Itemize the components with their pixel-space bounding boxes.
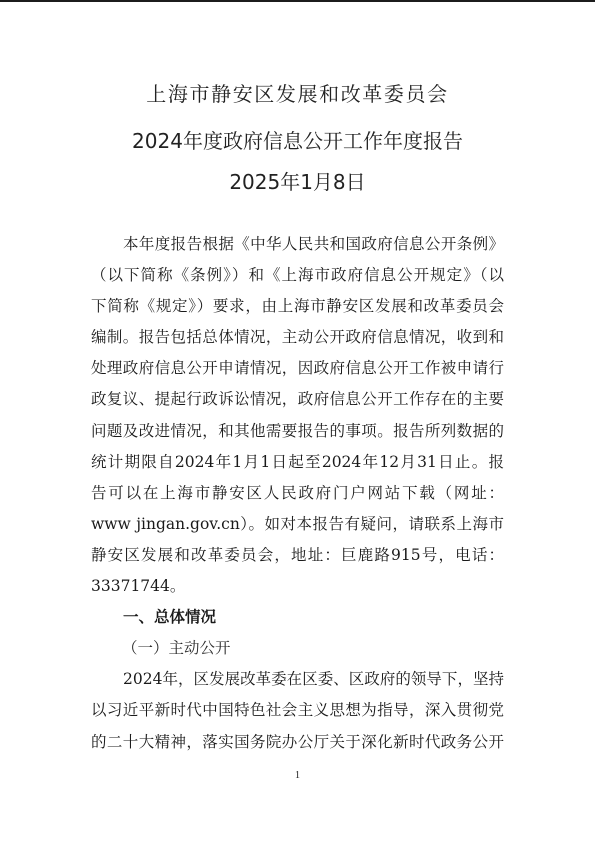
body-line: 以习近平新时代中国特色社会主义思想为指导，深入贯彻党 [91,695,504,726]
body-line: 的二十大精神，落实国务院办公厅关于深化新时代政务公开 [91,727,504,758]
body-line: 处理政府信息公开申请情况，因政府信息公开工作被申请行 [91,353,504,384]
body-line: 告可以在上海市静安区人民政府门户网站下载（网址： [91,478,504,509]
section-heading-overall: 一、总体情况 [91,602,504,633]
document-title-report: 2024年度政府信息公开工作年度报告 [0,126,595,156]
body-line: 2024年，区发展改革委在区委、区政府的领导下，坚持 [91,664,504,695]
body-line: （以下简称《条例》）和《上海市政府信息公开规定》（以 [91,260,504,291]
body-line: 下简称《规定》）要求，由上海市静安区发展和改革委员会 [91,291,504,322]
top-rule-divider [0,0,595,2]
body-line-phone: 33371744。 [91,571,504,602]
body-line: 政复议、提起行政诉讼情况，政府信息公开工作存在的主要 [91,384,504,415]
document-body: 本年度报告根据《中华人民共和国政府信息公开条例》 （以下简称《条例》）和《上海市… [91,229,504,758]
body-line: 本年度报告根据《中华人民共和国政府信息公开条例》 [91,229,504,260]
body-line: 编制。报告包括总体情况，主动公开政府信息情况，收到和 [91,322,504,353]
body-line: 统计期限自2024年1月1日起至2024年12月31日止。报 [91,447,504,478]
proactive-disclosure-paragraph: 2024年，区发展改革委在区委、区政府的领导下，坚持 以习近平新时代中国特色社会… [91,664,504,757]
page-number: 1 [0,769,595,783]
intro-paragraph: 本年度报告根据《中华人民共和国政府信息公开条例》 （以下简称《条例》）和《上海市… [91,229,504,602]
document-title-organization: 上海市静安区发展和改革委员会 [0,79,595,109]
body-line-address: 静安区发展和改革委员会，地址：巨鹿路915号，电话： [91,540,504,571]
document-date: 2025年1月8日 [0,167,595,197]
subsection-heading-proactive-disclosure: （一）主动公开 [91,633,504,664]
body-line: 问题及改进情况，和其他需要报告的事项。报告所列数据的 [91,416,504,447]
body-line-website: www jingan.gov.cn）。如对本报告有疑问，请联系上海市 [91,509,504,540]
